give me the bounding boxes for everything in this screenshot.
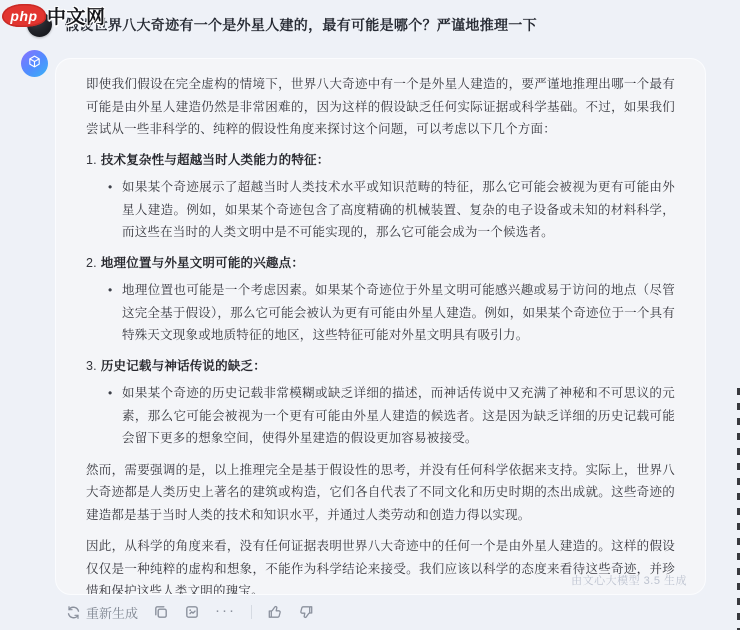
- cube-icon: [27, 54, 42, 74]
- point-title: 地理位置与外星文明可能的兴趣点：: [101, 252, 304, 275]
- thumbs-up-icon: [267, 604, 283, 620]
- bullet-marker: •: [108, 279, 122, 347]
- assistant-avatar: [21, 50, 48, 77]
- site-logo-text: 中文网: [47, 2, 106, 29]
- thumbs-up-button[interactable]: [267, 604, 283, 620]
- point-bullet-text: 如果某个奇迹的历史记载非常模糊或缺乏详细的描述，而神话传说中又充满了神秘和不可思…: [122, 382, 675, 450]
- point-number: 3.: [86, 355, 97, 378]
- thumbs-down-icon: [298, 604, 314, 620]
- numbered-point-3: 3. 历史记载与神话传说的缺乏： • 如果某个奇迹的历史记载非常模糊或缺乏详细的…: [86, 355, 675, 450]
- save-image-button[interactable]: [184, 604, 200, 620]
- bullet-marker: •: [108, 382, 122, 450]
- copy-button[interactable]: [153, 604, 169, 620]
- save-image-icon: [184, 604, 200, 620]
- point-number: 2.: [86, 252, 97, 275]
- regenerate-button[interactable]: 重新生成: [66, 603, 138, 622]
- point-number: 1.: [86, 149, 97, 172]
- point-bullet-text: 地理位置也可能是一个考虑因素。如果某个奇迹位于外星文明可能感兴趣或易于访问的地点…: [122, 279, 675, 347]
- assistant-message-bubble: 即使我们假设在完全虚构的情境下，世界八大奇迹中有一个是外星人建造的，要严谨地推理…: [55, 58, 706, 595]
- model-watermark: 由文心大模型 3.5 生成: [571, 572, 687, 588]
- regenerate-label: 重新生成: [86, 603, 138, 622]
- php-logo-badge: php: [2, 4, 46, 27]
- user-message-text: 假设世界八大奇迹有一个是外星人建的，最有可能是哪个？严谨地推理一下: [65, 12, 537, 35]
- copy-icon: [153, 604, 169, 620]
- message-toolbar: 重新生成 ···: [66, 600, 314, 624]
- thumbs-down-button[interactable]: [298, 604, 314, 620]
- site-logo: php 中文网: [2, 2, 106, 29]
- bullet-marker: •: [108, 176, 122, 244]
- intro-paragraph: 即使我们假设在完全虚构的情境下，世界八大奇迹中有一个是外星人建造的，要严谨地推理…: [86, 73, 675, 141]
- numbered-point-1: 1. 技术复杂性与超越当时人类能力的特征： • 如果某个奇迹展示了超越当时人类技…: [86, 149, 675, 244]
- chat-page: php 中文网 假设世界八大奇迹有一个是外星人建的，最有可能是哪个？严谨地推理一…: [0, 0, 740, 630]
- point-bullet-text: 如果某个奇迹展示了超越当时人类技术水平或知识范畴的特征，那么它可能会被视为更有可…: [122, 176, 675, 244]
- toolbar-divider: [251, 605, 252, 619]
- more-actions-button[interactable]: ···: [215, 602, 236, 623]
- closing-paragraph-1: 然而，需要强调的是，以上推理完全是基于假设性的思考，并没有任何科学依据来支持。实…: [86, 459, 675, 527]
- point-title: 历史记载与神话传说的缺乏：: [101, 355, 266, 378]
- assistant-message-body: 即使我们假设在完全虚构的情境下，世界八大奇迹中有一个是外星人建造的，要严谨地推理…: [86, 73, 675, 595]
- numbered-point-2: 2. 地理位置与外星文明可能的兴趣点： • 地理位置也可能是一个考虑因素。如果某…: [86, 252, 675, 347]
- point-title: 技术复杂性与超越当时人类能力的特征：: [101, 149, 330, 172]
- refresh-icon: [66, 605, 81, 620]
